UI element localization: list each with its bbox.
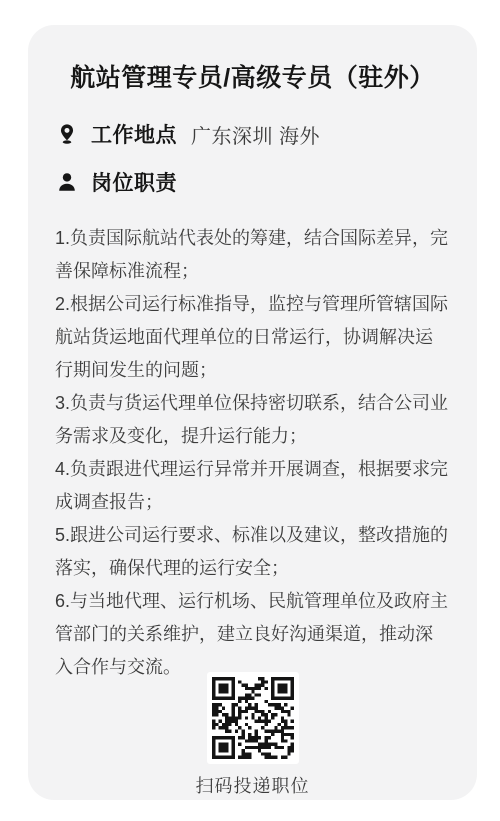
qr-code xyxy=(207,672,299,764)
qr-section: 扫码投递职位 xyxy=(55,672,450,799)
responsibility-item: 2.根据公司运行标准指导，监控与管理所管辖国际航站货运地面代理单位的日常运行，协… xyxy=(55,288,450,387)
responsibilities-label: 岗位职责 xyxy=(91,167,177,197)
responsibilities-list: 1.负责国际航站代表处的筹建，结合国际差异，完善保障标准流程；2.根据公司运行标… xyxy=(55,222,450,684)
responsibilities-header: 岗位职责 xyxy=(55,169,450,195)
responsibility-item: 1.负责国际航站代表处的筹建，结合国际差异，完善保障标准流程； xyxy=(55,222,450,288)
location-value: 广东深圳 海外 xyxy=(191,120,320,149)
qr-caption: 扫码投递职位 xyxy=(196,774,310,799)
responsibility-item: 5.跟进公司运行要求、标准以及建议，整改措施的落实，确保代理的运行安全； xyxy=(55,519,450,585)
location-row: 工作地点 广东深圳 海外 xyxy=(55,121,450,147)
location-label: 工作地点 xyxy=(91,119,177,149)
location-pin-icon xyxy=(55,122,79,146)
responsibility-item: 6.与当地代理、运行机场、民航管理单位及政府主管部门的关系维护，建立良好沟通渠道… xyxy=(55,585,450,684)
responsibility-item: 3.负责与货运代理单位保持密切联系，结合公司业务需求及变化，提升运行能力； xyxy=(55,387,450,453)
job-posting-card: 航站管理专员/高级专员（驻外） 工作地点 广东深圳 海外 岗位职责 1.负责国际… xyxy=(28,25,477,800)
job-title: 航站管理专员/高级专员（驻外） xyxy=(55,61,450,95)
responsibility-item: 4.负责跟进代理运行异常并开展调查，根据要求完成调查报告； xyxy=(55,453,450,519)
person-icon xyxy=(55,170,79,194)
